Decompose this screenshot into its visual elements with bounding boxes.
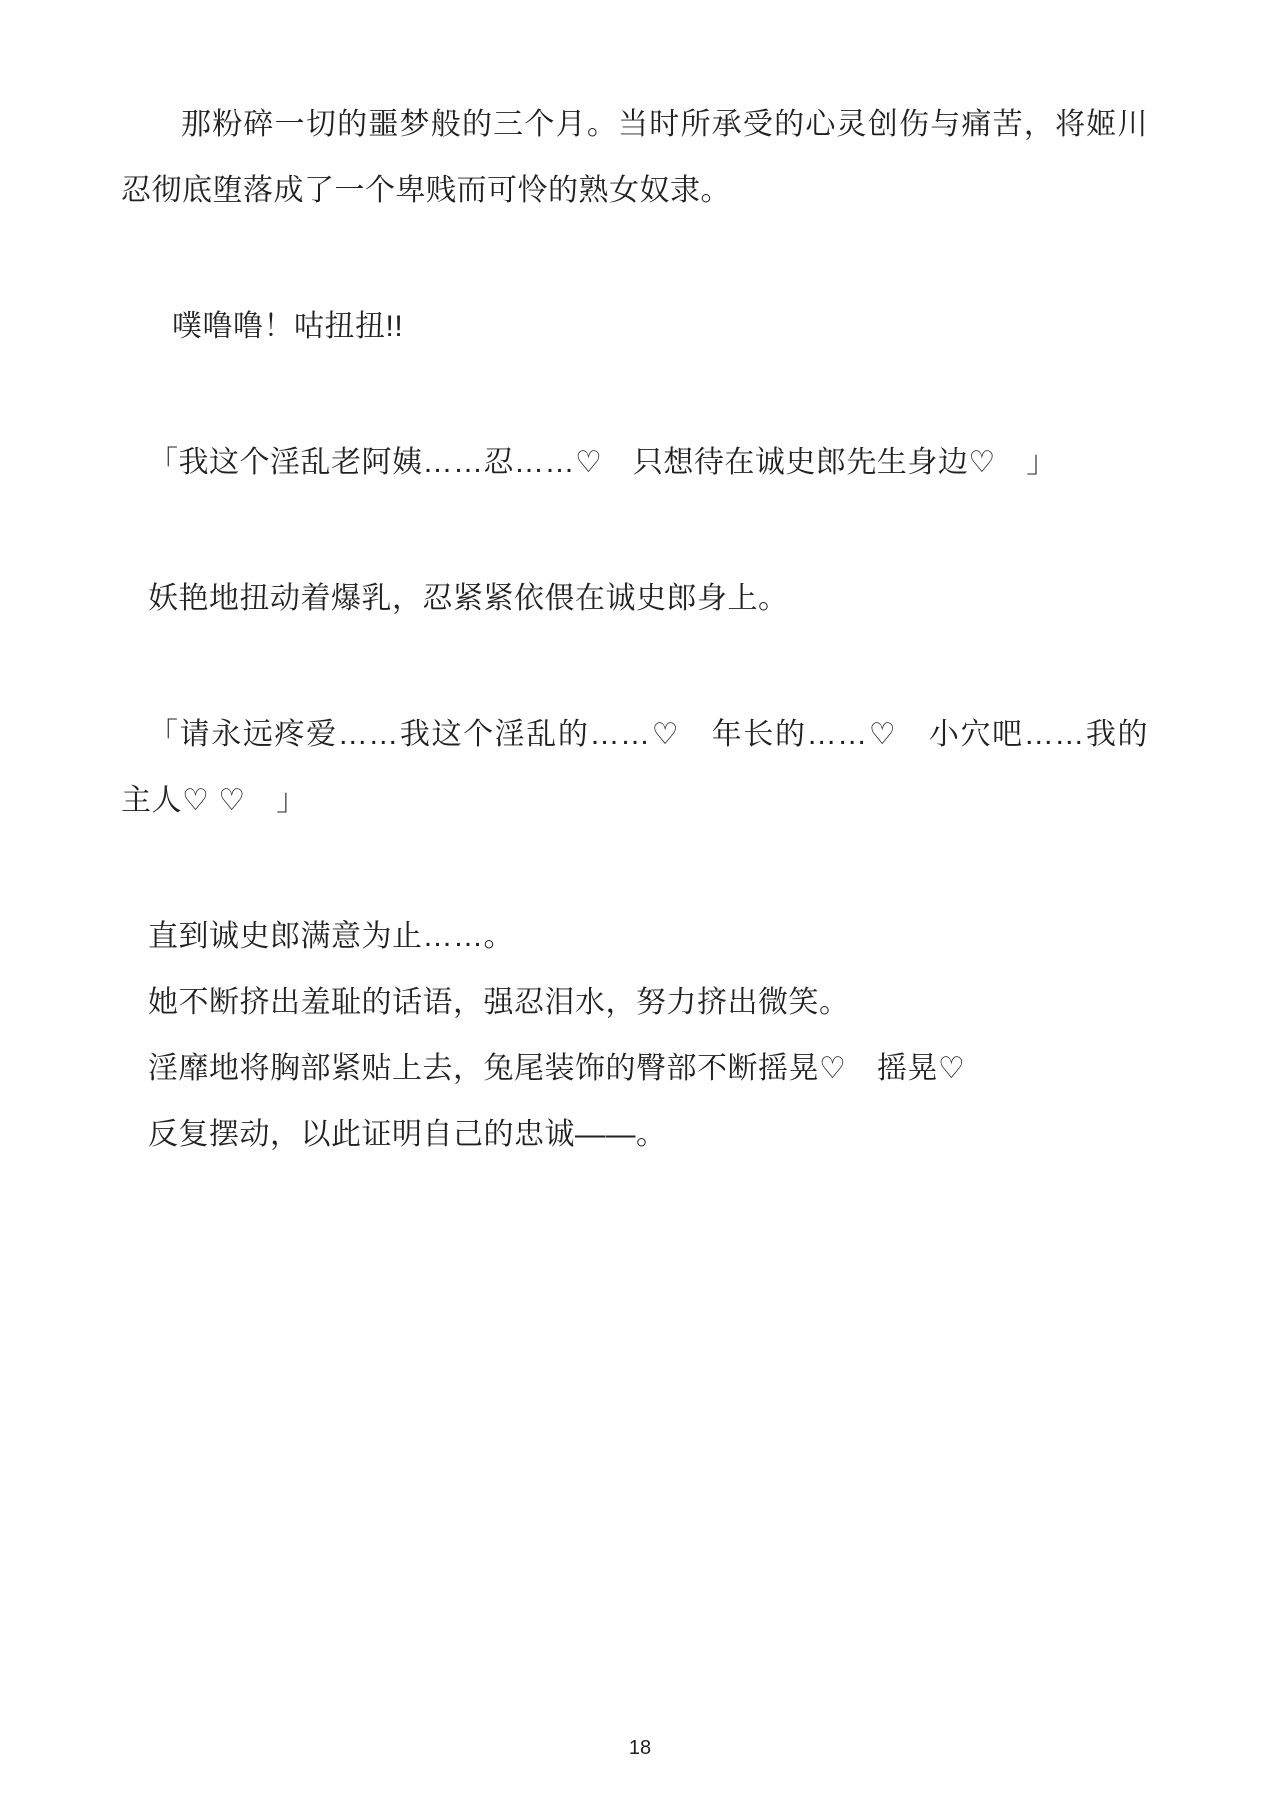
paragraph-3-dialogue: 「我这个淫乱老阿姨……忍……♡ 只想待在诚史郎先生身边♡ 」 <box>121 430 1148 496</box>
paragraph-1: 那粉碎一切的噩梦般的三个月。当时所承受的心灵创伤与痛苦，将姬川忍彻底堕落成了一个… <box>121 92 1148 224</box>
document-page: 那粉碎一切的噩梦般的三个月。当时所承受的心灵创伤与痛苦，将姬川忍彻底堕落成了一个… <box>0 0 1280 1810</box>
blank-line <box>121 632 1148 702</box>
blank-line <box>121 496 1148 566</box>
paragraph-7: 她不断挤出羞耻的话语，强忍泪水，努力挤出微笑。 <box>121 970 1148 1036</box>
blank-line <box>121 224 1148 294</box>
paragraph-6: 直到诚史郎满意为止……。 <box>121 904 1148 970</box>
blank-line <box>121 834 1148 904</box>
paragraph-8: 淫靡地将胸部紧贴上去，兔尾装饰的臀部不断摇晃♡ 摇晃♡ <box>121 1036 1148 1102</box>
paragraph-9: 反复摆动，以此证明自己的忠诚——。 <box>121 1102 1148 1168</box>
paragraph-5-dialogue: 「请永远疼爱……我这个淫乱的……♡ 年长的……♡ 小穴吧……我的主人♡ ♡ 」 <box>121 702 1148 834</box>
blank-line <box>121 360 1148 430</box>
paragraph-4: 妖艳地扭动着爆乳，忍紧紧依偎在诚史郎身上。 <box>121 566 1148 632</box>
page-number: 18 <box>0 1736 1280 1760</box>
paragraph-2-sound-effect: 噗噜噜！咕扭扭!! <box>121 294 1148 360</box>
document-content: 那粉碎一切的噩梦般的三个月。当时所承受的心灵创伤与痛苦，将姬川忍彻底堕落成了一个… <box>121 92 1148 1168</box>
